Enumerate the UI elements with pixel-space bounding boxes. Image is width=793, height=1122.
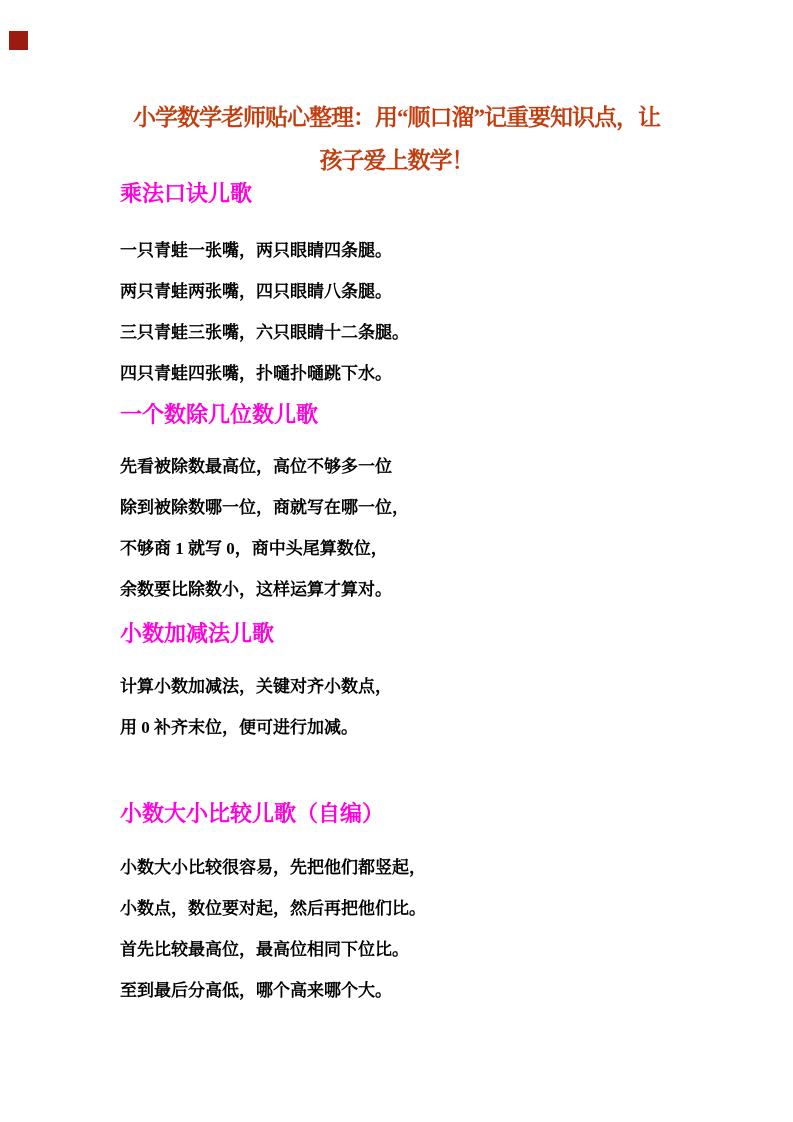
title-line-2: 孩子爱上数学！ bbox=[0, 139, 793, 182]
rhyme-line: 三只青蛙三张嘴，六只眼睛十二条腿。 bbox=[120, 324, 793, 342]
title-line-1: 小学数学老师贴心整理：用“顺口溜”记重要知识点，让 bbox=[0, 96, 793, 139]
rhyme-line: 至到最后分高低，哪个高来哪个大。 bbox=[120, 982, 793, 1000]
rhyme-line: 除到被除数哪一位，商就写在哪一位， bbox=[120, 499, 793, 517]
section-decimal-compare-rhyme: 小数大小比较儿歌（自编） 小数大小比较很容易，先把他们都竖起， 小数点，数位要对… bbox=[0, 803, 793, 1000]
section-heading-multiplication: 乘法口诀儿歌 bbox=[120, 183, 793, 205]
rhyme-line: 两只青蛙两张嘴，四只眼睛八条腿。 bbox=[120, 283, 793, 301]
document-title: 小学数学老师贴心整理：用“顺口溜”记重要知识点，让 孩子爱上数学！ bbox=[0, 0, 793, 182]
rhyme-line: 不够商 1 就写 0，商中头尾算数位， bbox=[120, 540, 793, 558]
rhyme-line: 余数要比除数小，这样运算才算对。 bbox=[120, 581, 793, 599]
red-corner-marker bbox=[9, 31, 28, 50]
rhyme-line: 小数大小比较很容易，先把他们都竖起， bbox=[120, 859, 793, 877]
section-heading-decimal-addsub: 小数加减法儿歌 bbox=[120, 623, 793, 645]
rhyme-line: 首先比较最高位，最高位相同下位比。 bbox=[120, 941, 793, 959]
rhyme-line: 小数点，数位要对起，然后再把他们比。 bbox=[120, 900, 793, 918]
rhyme-line: 先看被除数最高位，高位不够多一位 bbox=[120, 458, 793, 476]
section-heading-division: 一个数除几位数儿歌 bbox=[120, 404, 793, 426]
section-division-rhyme: 一个数除几位数儿歌 先看被除数最高位，高位不够多一位 除到被除数哪一位，商就写在… bbox=[0, 404, 793, 599]
rhyme-line: 计算小数加减法，关键对齐小数点， bbox=[120, 678, 793, 696]
section-heading-decimal-compare: 小数大小比较儿歌（自编） bbox=[120, 803, 793, 825]
rhyme-line: 四只青蛙四张嘴，扑嗵扑嗵跳下水。 bbox=[120, 365, 793, 383]
rhyme-line: 一只青蛙一张嘴，两只眼睛四条腿。 bbox=[120, 242, 793, 260]
document-page: 小学数学老师贴心整理：用“顺口溜”记重要知识点，让 孩子爱上数学！ 乘法口诀儿歌… bbox=[0, 0, 793, 1122]
section-multiplication-rhyme: 乘法口诀儿歌 一只青蛙一张嘴，两只眼睛四条腿。 两只青蛙两张嘴，四只眼睛八条腿。… bbox=[0, 183, 793, 383]
section-decimal-addsub-rhyme: 小数加减法儿歌 计算小数加减法，关键对齐小数点， 用 0 补齐末位，便可进行加减… bbox=[0, 623, 793, 737]
rhyme-line: 用 0 补齐末位，便可进行加减。 bbox=[120, 719, 793, 737]
